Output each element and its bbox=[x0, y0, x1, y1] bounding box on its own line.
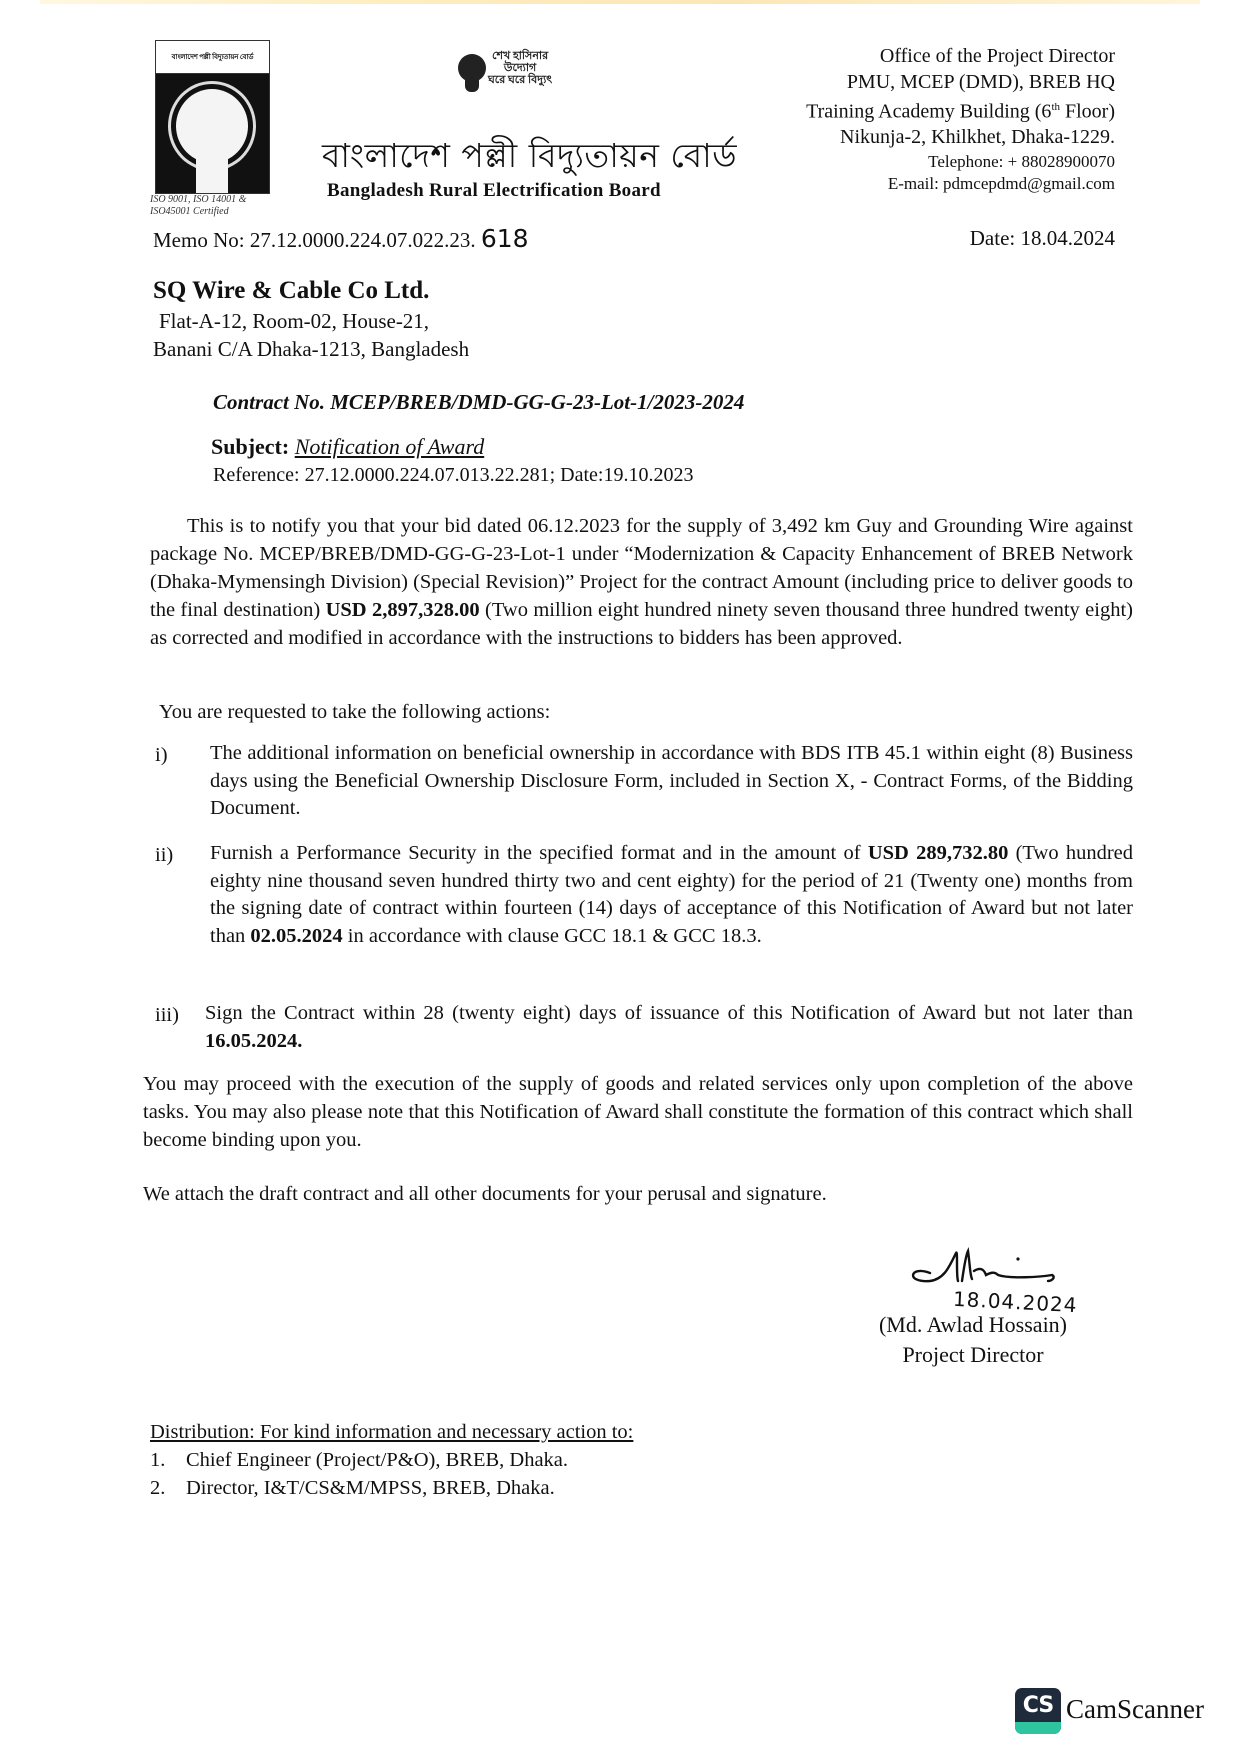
camscanner-logo-icon: CS bbox=[1015, 1688, 1061, 1734]
iso-line-1: ISO 9001, ISO 14001 & bbox=[150, 194, 246, 206]
subject-label: Subject: bbox=[211, 434, 295, 459]
security-deadline: 02.05.2024 bbox=[250, 925, 342, 947]
recipient-address-2: Banani C/A Dhaka-1213, Bangladesh bbox=[153, 335, 469, 363]
office-line-3: Training Academy Building (6th Floor) bbox=[806, 95, 1115, 125]
lightbulb-icon bbox=[452, 48, 492, 94]
org-name-bangla: বাংলাদেশ পল্লী বিদ্যুতায়ন বোর্ড bbox=[322, 130, 737, 186]
office-line-2: PMU, MCEP (DMD), BREB HQ bbox=[806, 70, 1115, 96]
distribution-item: 1.Chief Engineer (Project/P&O), BREB, Dh… bbox=[150, 1446, 633, 1474]
subject-line: Subject: Notification of Award bbox=[211, 434, 484, 460]
action-number: i) bbox=[155, 742, 168, 770]
performance-security-amount: USD 289,732.80 bbox=[868, 842, 1009, 864]
distribution-list: Distribution: For kind information and n… bbox=[150, 1418, 633, 1502]
subject-value: Notification of Award bbox=[295, 434, 484, 459]
recipient-block: SQ Wire & Cable Co Ltd. Flat-A-12, Room-… bbox=[153, 275, 469, 363]
slogan-line-2: উদ্যোগ bbox=[488, 62, 552, 74]
breb-logo: বাংলাদেশ পল্লী বিদ্যুতায়ন বোর্ড bbox=[155, 40, 270, 194]
camscanner-label: CamScanner bbox=[1066, 1694, 1204, 1725]
bulb-neck-shape bbox=[196, 153, 228, 193]
award-paragraph: This is to notify you that your bid date… bbox=[150, 512, 1133, 652]
action-item-2: ii) Furnish a Performance Security in th… bbox=[150, 840, 1133, 950]
memo-handwritten-number: 618 bbox=[481, 224, 529, 253]
recipient-name: SQ Wire & Cable Co Ltd. bbox=[153, 275, 469, 307]
iso-certification: ISO 9001, ISO 14001 & ISO45001 Certified bbox=[150, 194, 246, 218]
office-email: E-mail: pdmcepdmd@gmail.com bbox=[806, 173, 1115, 195]
memo-number: Memo No: 27.12.0000.224.07.022.23. 618 bbox=[153, 224, 529, 253]
action-number: iii) bbox=[155, 1002, 179, 1030]
office-line-4: Nikunja-2, Khilkhet, Dhaka-1229. bbox=[806, 125, 1115, 151]
action-number: ii) bbox=[155, 842, 173, 870]
action-item-3: iii) Sign the Contract within 28 (twenty… bbox=[150, 1000, 1133, 1055]
slogan: শেখ হাসিনার উদ্যোগ ঘরে ঘরে বিদ্যুৎ bbox=[488, 50, 552, 86]
action-item-1: i) The additional information on benefic… bbox=[150, 740, 1133, 823]
contract-number: Contract No. MCEP/BREB/DMD-GG-G-23-Lot-1… bbox=[213, 390, 744, 415]
recipient-address-1: Flat-A-12, Room-02, House-21, bbox=[153, 307, 469, 335]
office-telephone: Telephone: + 88028900070 bbox=[806, 151, 1115, 173]
signer-name: (Md. Awlad Hossain) bbox=[868, 1310, 1078, 1340]
contract-amount: USD 2,897,328.00 bbox=[326, 599, 480, 621]
attach-paragraph: We attach the draft contract and all oth… bbox=[143, 1180, 1126, 1208]
distribution-item: 2.Director, I&T/CS&M/MPSS, BREB, Dhaka. bbox=[150, 1474, 633, 1502]
distribution-heading: Distribution: For kind information and n… bbox=[150, 1418, 633, 1446]
signing-deadline: 16.05.2024. bbox=[205, 1030, 302, 1052]
scan-edge-tint bbox=[40, 0, 1200, 4]
proceed-paragraph: You may proceed with the execution of th… bbox=[143, 1070, 1133, 1154]
signer-block: (Md. Awlad Hossain) Project Director bbox=[868, 1310, 1078, 1370]
bulb-icon bbox=[176, 89, 248, 163]
reference-line: Reference: 27.12.0000.224.07.013.22.281;… bbox=[213, 464, 693, 487]
slogan-line-1: শেখ হাসিনার bbox=[488, 50, 552, 62]
office-address: Office of the Project Director PMU, MCEP… bbox=[806, 44, 1115, 195]
request-line: You are requested to take the following … bbox=[159, 698, 1142, 726]
iso-line-2: ISO45001 Certified bbox=[150, 206, 246, 218]
office-line-1: Office of the Project Director bbox=[806, 44, 1115, 70]
memo-label: Memo No: 27.12.0000.224.07.022.23. bbox=[153, 228, 476, 252]
org-name-english: Bangladesh Rural Electrification Board bbox=[327, 180, 661, 202]
letter-date: Date: 18.04.2024 bbox=[970, 226, 1115, 251]
slogan-line-3: ঘরে ঘরে বিদ্যুৎ bbox=[488, 74, 552, 86]
signer-title: Project Director bbox=[868, 1340, 1078, 1370]
logo-band-text: বাংলাদেশ পল্লী বিদ্যুতায়ন বোর্ড bbox=[156, 41, 269, 74]
